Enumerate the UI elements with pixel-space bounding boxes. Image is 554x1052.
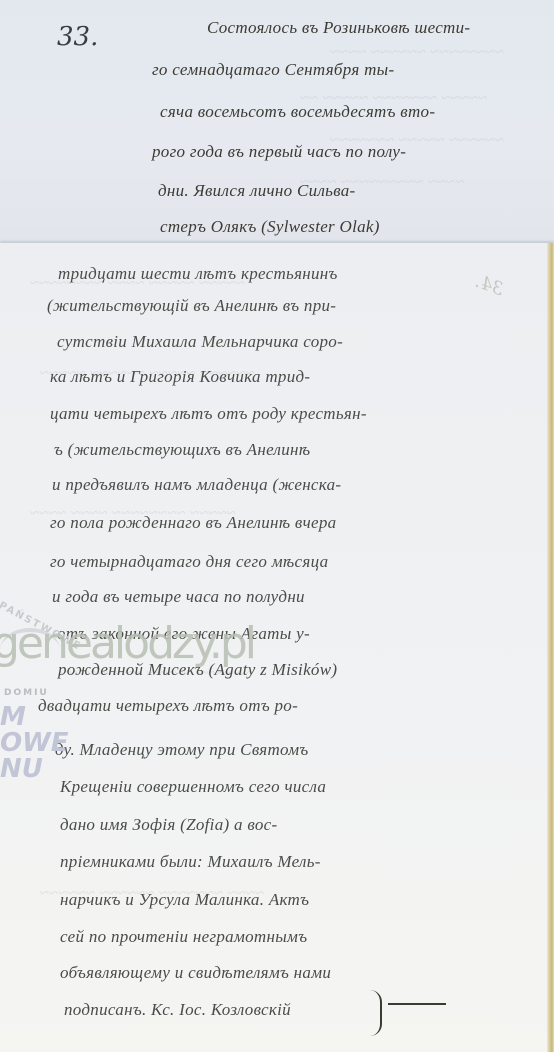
handwritten-line: рого года въ первый часъ по полу- bbox=[152, 142, 406, 162]
handwritten-line: стеръ Олякъ (Sylwester Olak) bbox=[160, 217, 380, 237]
handwritten-line: ка лѣтъ и Григорія Ковчика трид- bbox=[50, 367, 310, 387]
signature-hook bbox=[370, 990, 382, 1036]
lower-page: 34. ~~~~~ ~~~~~ ~~~~ ~~~~~~~~ ~~~~~~ ~~~… bbox=[0, 243, 554, 1052]
reverse-bleed-text: ~~~~~~~~ ~~~~~~ ~~~~ bbox=[330, 42, 504, 62]
handwritten-line: двадцати четырехъ лѣтъ отъ ро- bbox=[38, 696, 298, 716]
handwritten-line: го пола рожденнаго въ Анелинѣ вчера bbox=[50, 513, 336, 533]
handwritten-line: дни. Явился лично Сильва- bbox=[158, 181, 356, 201]
handwritten-line: и предъявилъ намъ младенца (женска- bbox=[52, 475, 341, 495]
handwritten-line: рожденной Мисекъ (Agaty z Misików) bbox=[58, 660, 337, 680]
handwritten-line: дано имя Зофія (Zofia) а вос- bbox=[60, 815, 277, 835]
handwritten-line: сяча восемьсотъ восемьдесятъ вто- bbox=[160, 102, 435, 122]
handwritten-line: сутствіи Михаила Мельнарчика соро- bbox=[57, 332, 343, 352]
upper-page-fragment: ~~~~~~~~ ~~~~~~ ~~~~ ~~~~~ ~~~~~~~ ~~~~~… bbox=[0, 0, 554, 243]
handwritten-line: (жительствующій въ Анелинѣ въ при- bbox=[47, 296, 336, 316]
signature-flourish bbox=[388, 1003, 446, 1005]
handwritten-line: отъ законной его жены Агаты у- bbox=[57, 624, 310, 644]
handwritten-line: цати четырехъ лѣтъ отъ роду крестьян- bbox=[50, 404, 367, 424]
handwritten-line: пріемниками были: Михаилъ Мель- bbox=[60, 852, 321, 872]
handwritten-line: сей по прочтеніи неграмотнымъ bbox=[60, 927, 307, 947]
handwritten-line: объявляющему и свидѣтелямъ нами bbox=[60, 963, 331, 983]
entry-number: 33. bbox=[57, 22, 98, 52]
handwritten-line: Состоялось въ Розиньковѣ шести- bbox=[207, 18, 470, 38]
handwritten-line: подписанъ. Кс. Іос. Козловскій bbox=[64, 1000, 291, 1020]
handwritten-line: го четырнадцатаго дня сего мѣсяца bbox=[50, 552, 328, 572]
handwritten-line: и года въ четыре часа по полудни bbox=[52, 587, 305, 607]
handwritten-line: ду. Младенцу этому при Святомъ bbox=[55, 740, 308, 760]
page-binding-edge bbox=[547, 243, 554, 1052]
handwritten-line: тридцати шести лѣтъ крестьянинъ bbox=[58, 264, 338, 284]
handwritten-line: ъ (жительствующихъ въ Анелинѣ bbox=[54, 440, 310, 460]
handwritten-line: нарчикъ и Урсула Малинка. Актъ bbox=[60, 890, 309, 910]
handwritten-line: Крещеніи совершенномъ сего числа bbox=[60, 777, 326, 797]
reverse-page-number: 34. bbox=[472, 271, 506, 301]
handwritten-line: го семнадцатаго Сентября ты- bbox=[152, 60, 394, 80]
